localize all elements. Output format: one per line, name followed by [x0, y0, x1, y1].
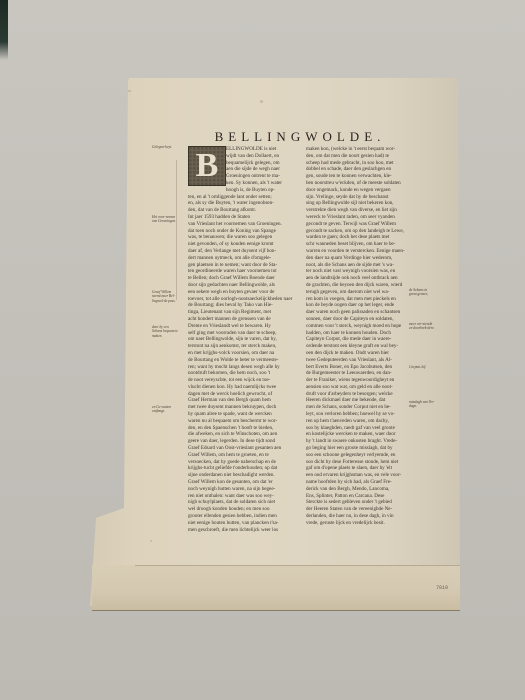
margin-note: Gelegen-heyt. [152, 145, 178, 149]
text-line: ten, en al 't omliggende lant onder sett… [188, 194, 304, 201]
paper-spot [260, 100, 263, 103]
text-line: soo hy klaeghden, raedt gaf van veel gro… [306, 425, 406, 432]
text-line: ordende terstont een kleyne graft en wal… [306, 343, 406, 350]
text-line: door ongemack, konde en wegen vergaen [306, 187, 406, 194]
margin-rule [176, 160, 177, 300]
text-line: van Vrieslant het voornemen van Groening… [188, 221, 304, 228]
text-line: schr wanneden beset blijven, om haer te … [306, 241, 406, 248]
paper-spot [150, 540, 152, 542]
text-line: Graef Willem, om hem te groeten, en te [188, 452, 304, 459]
text-line: Graef Willem kon de gesanten, om dat 'er [188, 479, 304, 486]
text-line: noot, als die Schans aen de sijde met 's… [306, 262, 406, 269]
text-line: Graef Edsard van Oost-vrieslant gesanten… [188, 445, 304, 452]
text-line: gecondt te sacken, om op den landeigh te… [306, 228, 406, 235]
text-line: krijghs-tucht geliefde t'onderhouden; op… [188, 465, 304, 472]
text-line: go beging hier een groote misslagh, dat … [306, 445, 406, 452]
text-line: derlanden, die haer nu, in dese dagh, in… [306, 513, 406, 520]
text-line: sing op Bellingwolde sijl niet bekeren k… [306, 200, 406, 207]
text-line: den, om dat men die noort gesien had) te [306, 153, 406, 160]
text-line: leyt, sou verloren hebben; hoewel hy se … [306, 411, 406, 418]
text-line: Ens, Splinter, Patton en Carcana. Dese [306, 493, 406, 500]
text-line: vrede, geruste lijck en vredelijck besit… [306, 520, 406, 527]
text-line: acht hondert mannen de grenssen van de [188, 316, 304, 323]
text-line: gecondt te geven. Terwijl was Graef Will… [306, 221, 406, 228]
text-line: wel droogh konden houden; en men sou [188, 506, 304, 513]
text-line: ren op hem t'aenveden waren, om dachy, [306, 418, 406, 425]
text-line: gen plaetsen in te nemen; want door de S… [188, 262, 304, 269]
text-line: hadden, om haer te konnen houden. Doch [306, 330, 406, 337]
text-line: de Burgemeester te Leeuwaerden, en dan- [306, 370, 406, 377]
text-line: niet gevonden, of sy konden eenige kromt [188, 241, 304, 248]
text-line: dobbel en schade, daer den geslachgen en [306, 166, 406, 173]
text-line: gaf om d'opene plaets te slaen, daer hy … [306, 465, 406, 472]
margin-note: Corputs lof. [409, 365, 435, 369]
text-line: te Bellen; doch Graef Willem Boende daer [188, 275, 304, 282]
text-line: aensien soo wat wat, om geld en alle noo… [306, 384, 406, 391]
text-line: twee Gedeputeerden van Vrieslant, als Al… [306, 357, 406, 364]
text-line: daer af, den Verlange met duysent vijf h… [188, 248, 304, 255]
text-line: den, dat van de Bourtang afkomt. [188, 207, 304, 214]
text-line: gen, soude ten te konnen verwachten, kle… [306, 173, 406, 180]
text-line: nootdruft bekomen, die hem noch, soo 't [188, 370, 304, 377]
text-line: bert Everts Boner, en Epo Jacobutsen, de… [306, 364, 406, 371]
paper-spot [128, 90, 131, 92]
decorated-initial-letter: B [188, 146, 226, 186]
text-line: ben noorstreu w'eckden, of de meeste sol… [306, 180, 406, 187]
text-line: ren niet onthalen: want daer was soo wey… [188, 493, 304, 500]
text-line: scheep had mede gebracht, in soo hoo, me… [306, 160, 406, 167]
text-line: wereck te Vrieslant raden, om seer vyand… [306, 214, 406, 221]
text-line: Drente en Vrieslandt wel te bewaren. Hy [188, 323, 304, 330]
text-line: der te Franiker, wiens tegenwoordigheyt … [306, 377, 406, 384]
text-line: nigh schuylplaets, dat de soldaten sich … [188, 499, 304, 506]
text-line: door sijn gedachten naer Bellingwolde, a… [188, 282, 304, 289]
text-line: soo een schoone gelegenheyt verlyemde, e… [306, 452, 406, 459]
text-line: verstrekte dien wegh van diverse, en lie… [306, 207, 406, 214]
text-line: tinga, Lieutenant van sijn Regiment, met [188, 309, 304, 316]
text-line: met twee duysent mannen bekruypen, doch [188, 404, 304, 411]
text-line: terstont na sijn aenkomst, ter sterck ma… [188, 343, 304, 350]
text-line: ren kom in voegen, dat men met pieckels … [306, 296, 406, 303]
text-line: Heeren dickmael daer me bekende, dat [306, 397, 406, 404]
text-line: de grachten, die beyoen den dijck waren,… [306, 282, 406, 289]
corner-stamp: 7010 [436, 585, 448, 591]
fold-line [135, 565, 460, 566]
text-line: by quam alree te spade, want de wercken [188, 411, 304, 418]
text-line: dat toen noch onder de Koning van Spange [188, 228, 304, 235]
text-line: niet eenige houten hutten, van plancken … [188, 520, 304, 527]
text-column-left: ELLINGWOLDE is nietwijdt van den Dollaer… [188, 146, 304, 533]
text-line: de Bourtang en Wolde te beter te vermees… [188, 357, 304, 364]
text-line: hoogh is, de Buyten op- [188, 187, 304, 194]
text-line: sijn. Vrelinge, seyde dat hy de beschans… [306, 194, 406, 201]
text-line: aen de landtsijde ook noch veel ontbrack… [306, 275, 406, 282]
text-line: druft voor d'arbeyders te besorgen; welc… [306, 391, 406, 398]
text-line: terugh gegeven, om daerom niet wel wa- [306, 289, 406, 296]
text-line: men de Schans, sonder Corput niet en be- [306, 404, 406, 411]
text-line: maken kon, (welcke in 't eerst bequam wo… [306, 146, 406, 153]
text-line: derick van den Bergh, Mendo, Lancoma, [306, 486, 406, 493]
margin-note: meer ver-sterckt en doorbrek-dere. [409, 322, 435, 331]
text-line: toevoer, tot alle oorlogh-nootsaeckelijc… [188, 296, 304, 303]
text-line: hy 't landt in swaere onkosten braght. V… [306, 438, 406, 445]
margin-note: daer by een Schans bequam te maken. [152, 325, 178, 338]
text-line: der Heeren Staten van de vereenighde Ne- [306, 506, 406, 513]
text-line: self ging met voorraden van daer te sche… [188, 330, 304, 337]
text-line: oen den dijck te maken. Ondt waren hier [306, 350, 406, 357]
text-line: kon de beyde oogen daer op het leger, en… [306, 302, 406, 309]
text-line: om naer Bellingwolde, sijn te varen, dat… [188, 336, 304, 343]
text-line: warden te gaen; doch het dese plaets met [306, 234, 406, 241]
paper-folded-edge [92, 565, 460, 611]
text-column-right: maken kon, (welcke in 't eerst bequam wo… [306, 146, 406, 527]
text-line: Int jaer 1593 hadden de Staten [188, 214, 304, 221]
text-line: grooter ellenden gesien hebben, indien m… [188, 513, 304, 520]
text-line: de Bourtang; dies beval hy Tako van Hie- [188, 302, 304, 309]
text-line: en met krijghs-volck voorsien, om daer n… [188, 350, 304, 357]
margin-note: de Schans in groot gevaer, [409, 288, 435, 297]
text-line: daer waren noch geen palissaden en schan… [306, 309, 406, 316]
page-title: BELLINGWOLDE. [180, 129, 420, 145]
margin-note: en Ge-santen ontfangt. [152, 405, 178, 414]
text-line: de noot vereyschte, tot een wijck en toe… [188, 377, 304, 384]
text-line: dert mannen uytmeck, om alle d'omgele- [188, 255, 304, 262]
text-line: commen voor 't sterck, weynigh moed en h… [306, 323, 406, 330]
margin-note: misslagh van Ver-dugo. [409, 400, 435, 409]
background-dark-corner [0, 0, 8, 60]
text-line: een sekere wegh en buyten gevaer voor de [188, 289, 304, 296]
text-line: name hooftden by sich had, als Graef Fre… [306, 479, 406, 486]
text-line: warren en voorden te verstercken. Eenige… [306, 248, 406, 255]
text-line: die afweken, en sich te Winschoten, om a… [188, 431, 304, 438]
text-line: den daer na quam Verdinge hier wederom, [306, 255, 406, 262]
text-line: noch weynigh hutten waren, na sijn begee… [188, 486, 304, 493]
text-line: Sterckte is sedert gebleven onder 't geb… [306, 499, 406, 506]
text-line: men geschroeft, die men lichtelijck weer… [188, 527, 304, 534]
text-line: waren nu al bequaem om beschermt te wor- [188, 418, 304, 425]
text-line: Graef Herman van den Bergh quam hem [188, 397, 304, 404]
text-line: ter noch niet vast weynigh voorsien was,… [306, 268, 406, 275]
text-line: sonnen, daer door de Capiteyn en soldate… [306, 316, 406, 323]
text-line: en kostelijcke wercken te maken, waer do… [306, 431, 406, 438]
margin-note: Graef Willem neemt naer Bel-lingwol-de p… [152, 290, 178, 303]
text-line: vlucht dienen kon. Hy had naemlijcks twe… [188, 384, 304, 391]
margin-note: Het voor-nemen van Groeningen. [152, 215, 178, 224]
